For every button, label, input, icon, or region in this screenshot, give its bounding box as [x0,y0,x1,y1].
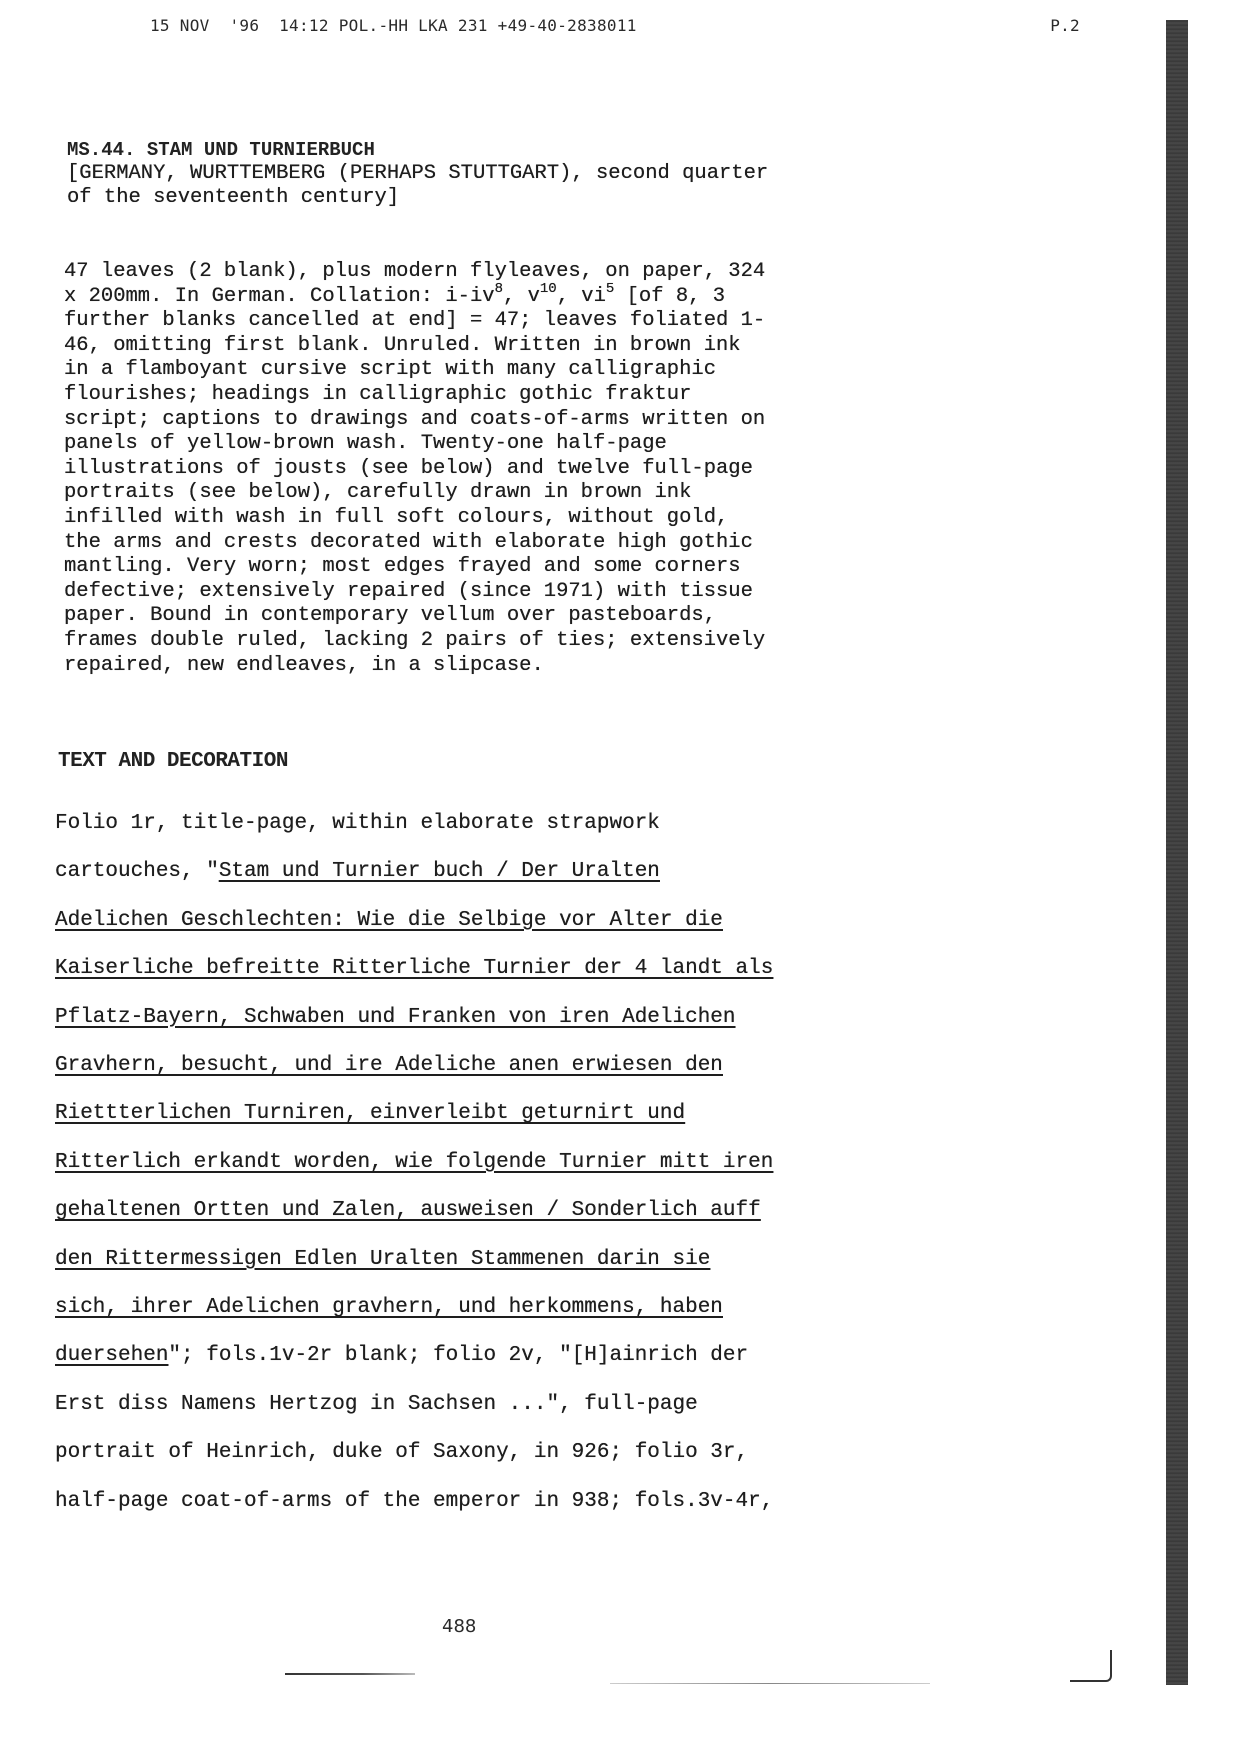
section-heading: TEXT AND DECORATION [58,750,288,773]
description-line: flourishes; headings in calligraphic got… [64,383,894,408]
body-text: "; fols.1v-2r blank; folio 2v, "[H]ainri… [168,1344,748,1367]
body-line: Gravhern, besucht, und ire Adeliche anen… [55,1042,935,1090]
scan-artifact-line [285,1673,415,1675]
description-line: in a flamboyant cursive script with many… [64,358,894,383]
physical-description: 47 leaves (2 blank), plus modern flyleav… [64,260,894,678]
body-text: portrait of Heinrich, duke of Saxony, in… [55,1441,748,1464]
body-text: Folio 1r, title-page, within elaborate s… [55,812,660,835]
body-line: cartouches, "Stam und Turnier buch / Der… [55,848,935,896]
quoted-title-text: den Rittermessigen Edlen Uralten Stammen… [55,1248,710,1271]
scan-edge-bar [1166,20,1188,1685]
body-line: Kaiserliche befreitte Ritterliche Turnie… [55,945,935,993]
body-line: Riettterlichen Turniren, einverleibt get… [55,1090,935,1138]
manuscript-origin: [GERMANY, WURTTEMBERG (PERHAPS STUTTGART… [67,162,917,186]
fax-page-indicator: P.2 [1050,16,1080,35]
description-line: illustrations of jousts (see below) and … [64,457,894,482]
scan-artifact-line [610,1683,930,1684]
body-text: Erst diss Namens Hertzog in Sachsen ..."… [55,1393,698,1416]
description-line: mantling. Very worn; most edges frayed a… [64,555,894,580]
body-line: Erst diss Namens Hertzog in Sachsen ..."… [55,1381,935,1429]
body-text: cartouches, " [55,860,219,883]
quoted-title-text: sich, ihrer Adelichen gravhern, und herk… [55,1296,723,1319]
body-line: Pflatz-Bayern, Schwaben und Franken von … [55,994,935,1042]
quoted-title-text: Adelichen Geschlechten: Wie die Selbige … [55,909,723,932]
description-line: 46, omitting first blank. Unruled. Writt… [64,334,894,359]
description-line: script; captions to drawings and coats-o… [64,408,894,433]
quoted-title-text: Gravhern, besucht, und ire Adeliche anen… [55,1054,723,1077]
body-line: gehaltenen Ortten und Zalen, ausweisen /… [55,1187,935,1235]
body-line: portrait of Heinrich, duke of Saxony, in… [55,1429,935,1477]
body-line: sich, ihrer Adelichen gravhern, und herk… [55,1284,935,1332]
manuscript-title-block: MS.44. STAM UND TURNIERBUCH [GERMANY, WU… [67,138,917,210]
description-line: panels of yellow-brown wash. Twenty-one … [64,432,894,457]
quoted-title-text: duersehen [55,1344,168,1367]
quoted-title-text: Riettterlichen Turniren, einverleibt get… [55,1102,685,1125]
description-line: x 200mm. In German. Collation: i-iv8, v1… [64,285,894,310]
description-line: paper. Bound in contemporary vellum over… [64,604,894,629]
manuscript-title: MS.44. STAM UND TURNIERBUCH [67,138,917,162]
description-line: repaired, new endleaves, in a slipcase. [64,654,894,679]
quoted-title-text: Kaiserliche befreitte Ritterliche Turnie… [55,957,773,980]
description-line: further blanks cancelled at end] = 47; l… [64,309,894,334]
body-line: Ritterlich erkandt worden, wie folgende … [55,1139,935,1187]
quoted-title-text: Stam und Turnier buch / Der Uralten [219,860,660,883]
quoted-title-text: Pflatz-Bayern, Schwaben und Franken von … [55,1006,736,1029]
body-line: Folio 1r, title-page, within elaborate s… [55,800,935,848]
quoted-title-text: Ritterlich erkandt worden, wie folgende … [55,1151,773,1174]
body-line: duersehen"; fols.1v-2r blank; folio 2v, … [55,1332,935,1380]
description-line: the arms and crests decorated with elabo… [64,531,894,556]
handwritten-mark [1070,1650,1112,1682]
manuscript-date: of the seventeenth century] [67,186,917,210]
fax-transmission-header: 15 NOV '96 14:12 POL.-HH LKA 231 +49-40-… [150,16,1080,35]
description-line: frames double ruled, lacking 2 pairs of … [64,629,894,654]
fax-header-info: 15 NOV '96 14:12 POL.-HH LKA 231 +49-40-… [150,16,637,35]
description-line: defective; extensively repaired (since 1… [64,580,894,605]
description-line: 47 leaves (2 blank), plus modern flyleav… [64,260,894,285]
description-line: portraits (see below), carefully drawn i… [64,481,894,506]
quoted-title-text: gehaltenen Ortten und Zalen, ausweisen /… [55,1199,761,1222]
description-line: infilled with wash in full soft colours,… [64,506,894,531]
page-number: 488 [442,1616,476,1637]
body-text: half-page coat-of-arms of the emperor in… [55,1490,773,1513]
body-line: Adelichen Geschlechten: Wie die Selbige … [55,897,935,945]
body-line: den Rittermessigen Edlen Uralten Stammen… [55,1236,935,1284]
body-line: half-page coat-of-arms of the emperor in… [55,1478,935,1526]
text-and-decoration-body: Folio 1r, title-page, within elaborate s… [55,800,935,1526]
